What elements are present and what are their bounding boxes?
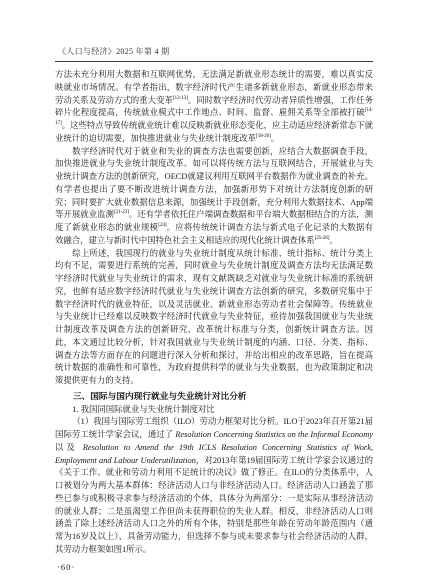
journal-issue-label: 《人口与经济》2025 年第 4 期 [58,47,169,56]
running-header: 《人口与经济》2025 年第 4 期 [55,46,373,57]
text-run: 数字经济时代对于就业和失业的调查方法也需要创新，应结合大数据调查手段，加快推进就… [55,147,373,220]
citation-ref: [21-23] [114,209,129,215]
citation-ref: [18-20] [256,133,271,139]
paragraph: 数字经济时代对于就业和失业的调查方法也需要创新，应结合大数据调查手段，加快推进就… [55,146,373,248]
text-run: 。 [329,236,337,245]
english-resolution-title: Resolution Concerning Statistics on the … [175,430,373,439]
citation-ref: [25-26] [315,235,330,241]
paragraph: 综上所述，我国现行的就业与失业统计制度从统计标准、统计指标、统计分类上均有不足，… [55,248,373,388]
citation-ref: [12-13] [173,95,188,101]
paragraph: 方法未充分利用大数据和互联网优势，无法满足新就业形态统计的需要，难以真实反映就业… [55,69,373,146]
text-run: ，对2013年第19届国际劳工统计学家会议通过的《关于工作、就业和劳动力利用不足… [55,456,373,554]
text-run: 综上所述，我国现行的就业与失业统计制度从统计标准、统计指标、统计分类上均有不足，… [55,249,373,386]
header-rule [55,61,373,62]
text-block: 《人口与经济》2025 年第 4 期 方法未充分利用大数据和互联网优势，无法满足… [55,46,373,572]
text-run: 以及 [55,443,83,452]
section-heading: 三、国际与国内现行就业与失业统计对比分析 [55,390,373,403]
article-body: 方法未充分利用大数据和互联网优势，无法满足新就业形态统计的需要，难以真实反映就业… [55,69,373,557]
text-run: 。 [271,134,279,143]
journal-page: 《人口与经济》2025 年第 4 期 方法未充分利用大数据和互联网优势，无法满足… [0,0,427,575]
text-run: 。这些特点导致传统就业统计难以反映新就业形态变化，应主动适应经济新常态下就业统计… [55,121,373,143]
page-number: ·60· [57,562,75,572]
subsection-heading: 1. 我国同国际就业与失业统计制度对比 [55,404,373,417]
paragraph: （1）我国与国际劳工组织（ILO）劳动力框架对比分析。ILO于2023年召开第2… [55,416,373,556]
page-footer: ·60· [55,562,373,572]
